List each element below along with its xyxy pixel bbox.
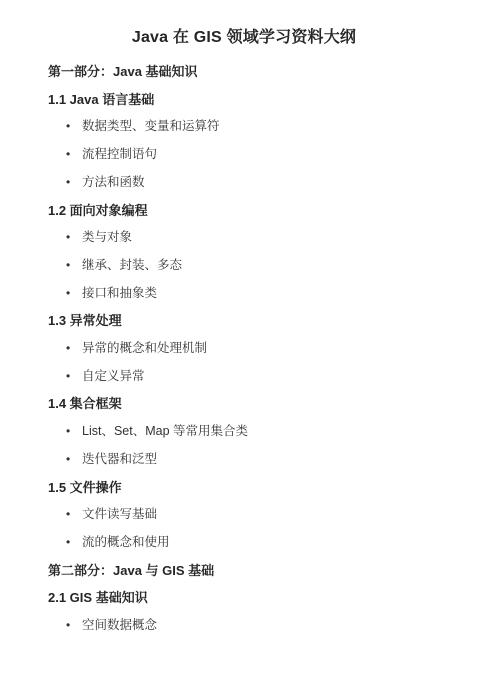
section-heading: 1.3 异常处理: [48, 307, 440, 335]
bullet-icon: •: [66, 280, 82, 308]
bullet-item: •空间数据概念: [48, 612, 440, 640]
section-heading: 1.4 集合框架: [48, 390, 440, 418]
bullet-icon: •: [66, 141, 82, 169]
bullet-item: •文件读写基础: [48, 501, 440, 529]
bullet-text: List、Set、Map 等常用集合类: [82, 424, 248, 438]
bullet-text: 流的概念和使用: [82, 535, 170, 549]
bullet-icon: •: [66, 113, 82, 141]
bullet-text: 继承、封装、多态: [82, 258, 182, 272]
bullet-item: •List、Set、Map 等常用集合类: [48, 418, 440, 446]
part-heading: 第一部分：Java 基础知识: [48, 58, 440, 86]
document-outline: 第一部分：Java 基础知识1.1 Java 语言基础•数据类型、变量和运算符•…: [48, 58, 440, 640]
bullet-item: •自定义异常: [48, 363, 440, 391]
bullet-icon: •: [66, 335, 82, 363]
bullet-item: •迭代器和泛型: [48, 446, 440, 474]
bullet-text: 类与对象: [82, 230, 132, 244]
bullet-icon: •: [66, 612, 82, 640]
section-heading: 1.5 文件操作: [48, 474, 440, 502]
bullet-text: 空间数据概念: [82, 618, 157, 632]
bullet-item: •流程控制语句: [48, 141, 440, 169]
document-title: Java 在 GIS 领域学习资料大纲: [48, 21, 440, 55]
bullet-text: 异常的概念和处理机制: [82, 341, 207, 355]
document-page: Java 在 GIS 领域学习资料大纲 第一部分：Java 基础知识1.1 Ja…: [0, 0, 480, 679]
bullet-icon: •: [66, 418, 82, 446]
part-heading: 第二部分：Java 与 GIS 基础: [48, 557, 440, 585]
bullet-icon: •: [66, 446, 82, 474]
bullet-text: 流程控制语句: [82, 147, 157, 161]
bullet-item: •继承、封装、多态: [48, 252, 440, 280]
section-heading: 1.1 Java 语言基础: [48, 86, 440, 114]
bullet-item: •接口和抽象类: [48, 280, 440, 308]
bullet-icon: •: [66, 252, 82, 280]
bullet-item: •流的概念和使用: [48, 529, 440, 557]
bullet-text: 迭代器和泛型: [82, 452, 157, 466]
section-heading: 1.2 面向对象编程: [48, 197, 440, 225]
bullet-text: 接口和抽象类: [82, 286, 157, 300]
bullet-text: 方法和函数: [82, 175, 145, 189]
bullet-icon: •: [66, 501, 82, 529]
bullet-icon: •: [66, 169, 82, 197]
bullet-item: •异常的概念和处理机制: [48, 335, 440, 363]
bullet-text: 文件读写基础: [82, 507, 157, 521]
bullet-item: •类与对象: [48, 224, 440, 252]
bullet-icon: •: [66, 529, 82, 557]
section-heading: 2.1 GIS 基础知识: [48, 584, 440, 612]
bullet-item: •数据类型、变量和运算符: [48, 113, 440, 141]
bullet-text: 数据类型、变量和运算符: [82, 119, 220, 133]
bullet-icon: •: [66, 224, 82, 252]
bullet-item: •方法和函数: [48, 169, 440, 197]
bullet-icon: •: [66, 363, 82, 391]
bullet-text: 自定义异常: [82, 369, 145, 383]
